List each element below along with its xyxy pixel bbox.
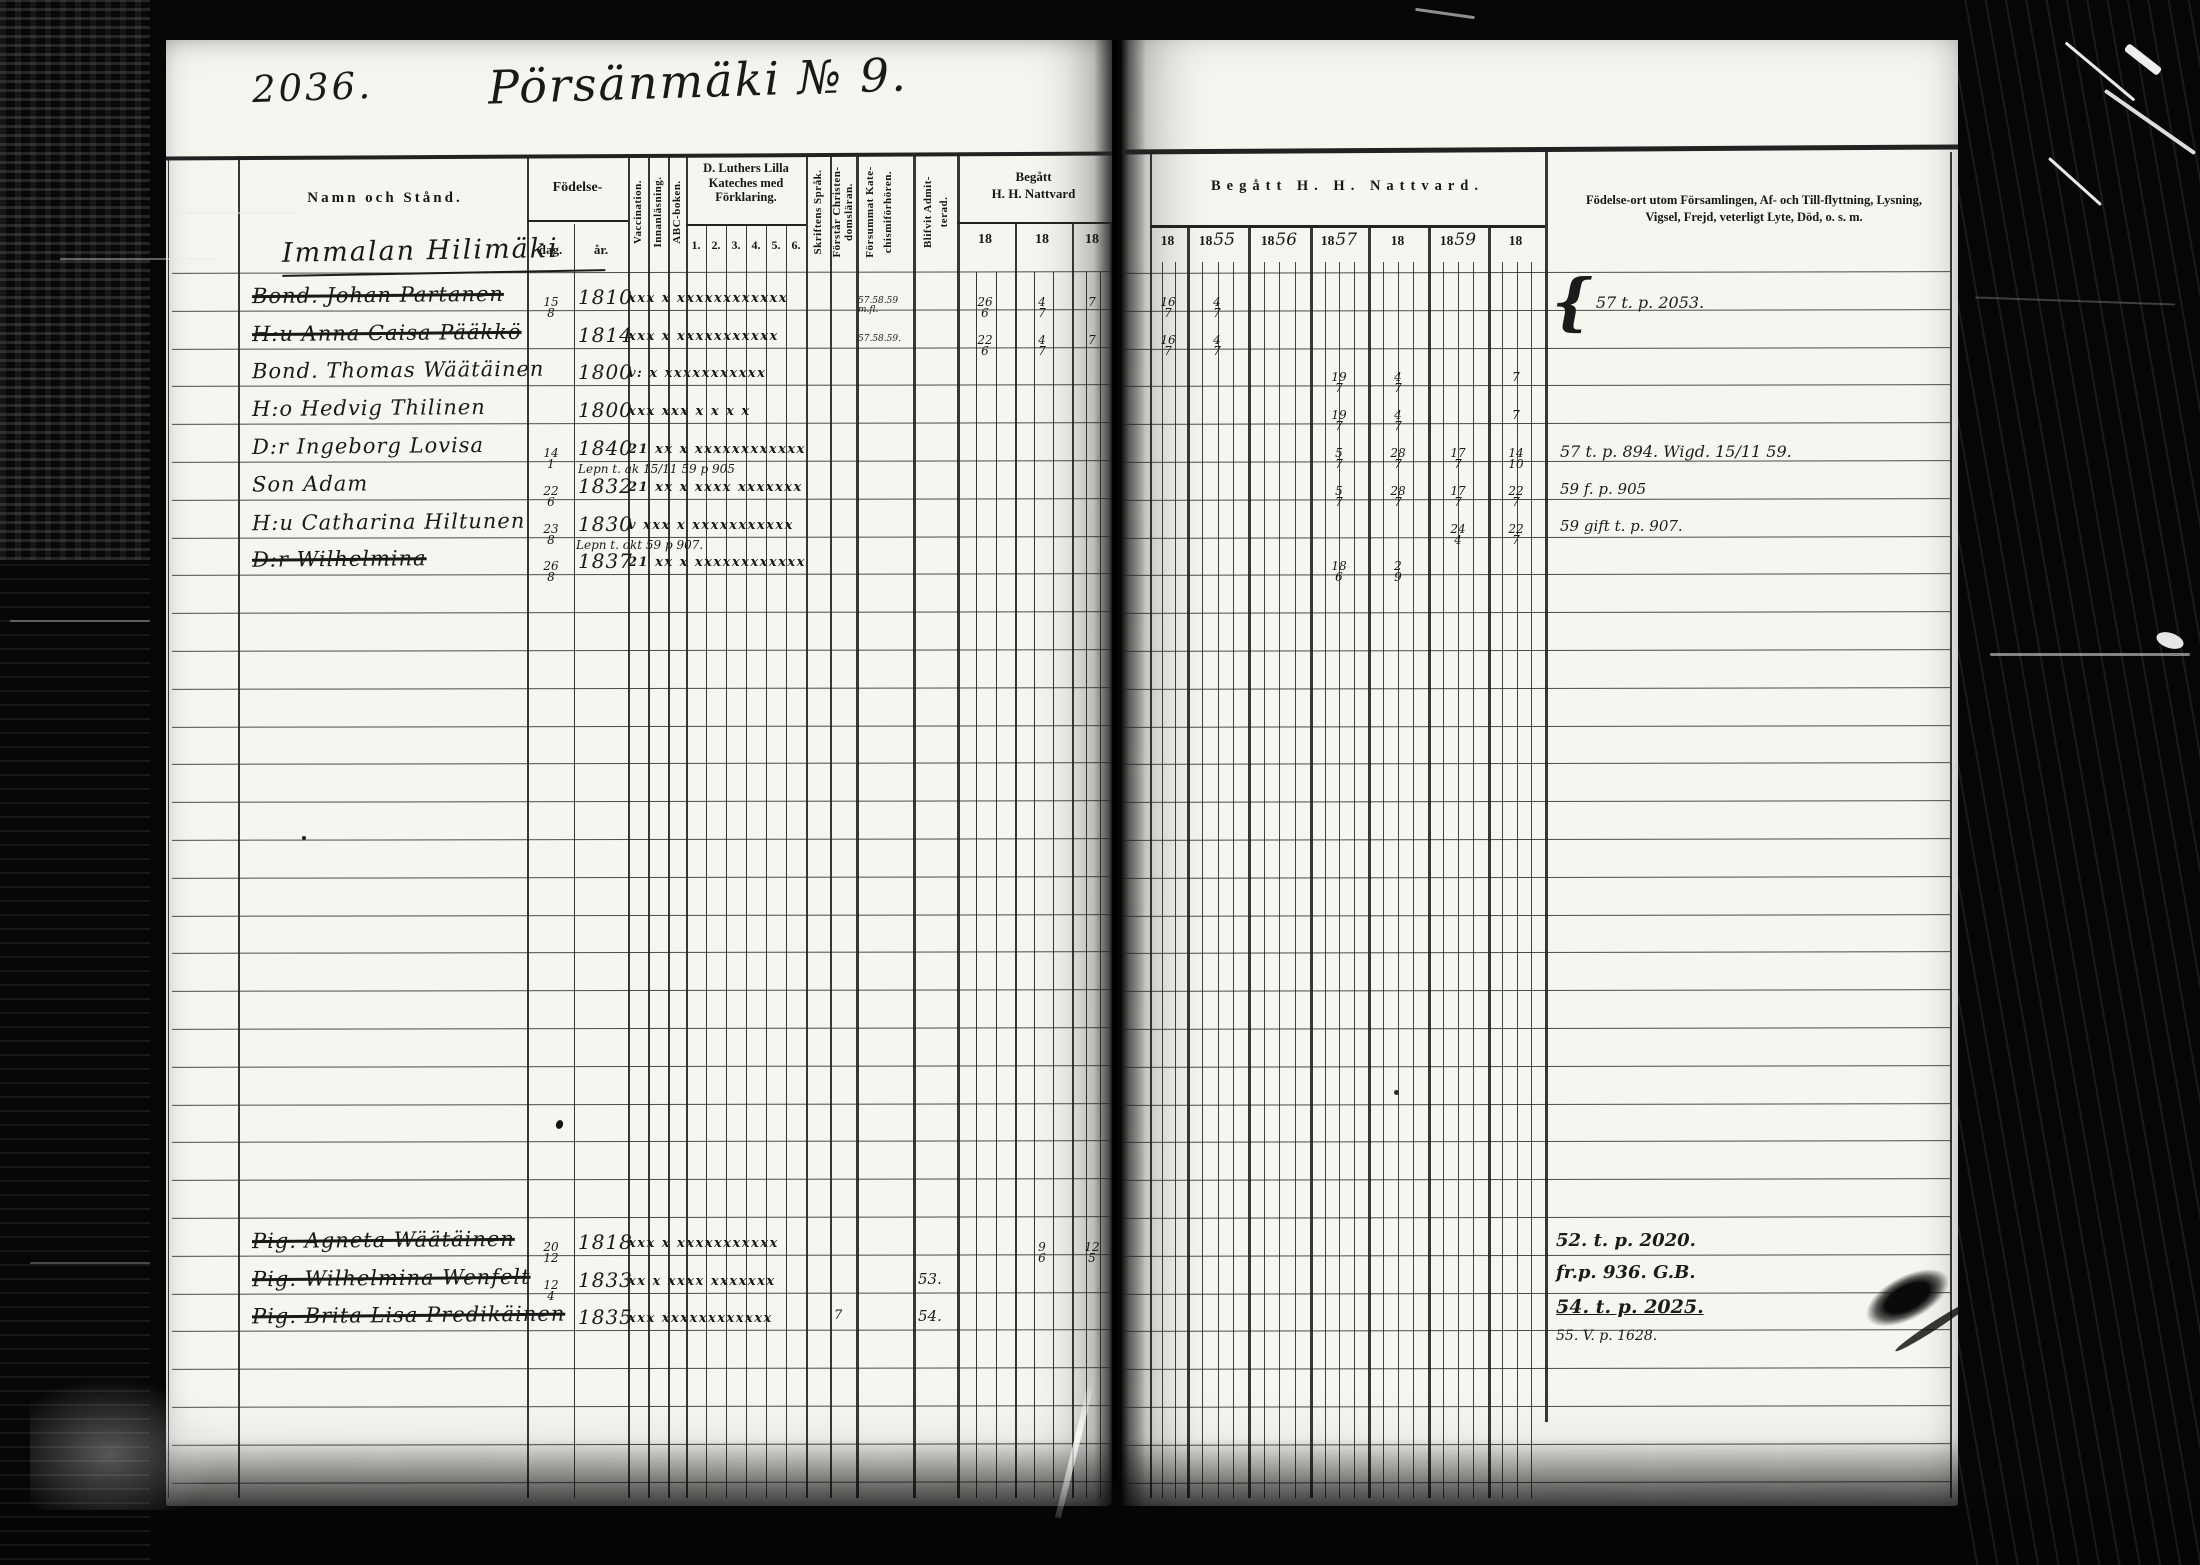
communion-date: 96 (1023, 1242, 1061, 1264)
grid-line-v (976, 272, 977, 1498)
annotation-brace: { (1552, 272, 1592, 332)
grid-line-v (1110, 222, 1112, 1498)
reading-marks: 21 xx x xxxx xxxxxxx (628, 480, 803, 495)
grid-line-v (1950, 152, 1952, 1498)
fraction-denominator: 6 (1335, 572, 1343, 583)
communion-year-cell: 1856 (1253, 230, 1305, 250)
communion-right-divider (1150, 225, 1545, 228)
missed-exams-note: 57.58.59. (858, 335, 910, 345)
fraction-denominator: 7 (1454, 497, 1462, 508)
entry-birth-day: 158 (532, 297, 570, 319)
communion-date: 227 (1497, 524, 1535, 546)
film-scratch (180, 212, 300, 214)
reading-marks: 21 xx x xxxxxxxxxxxx (628, 555, 806, 570)
communion-year-cell: 1859 (1432, 230, 1484, 250)
communion-date: 7 (1073, 297, 1111, 308)
communion-date: 47 (1379, 372, 1417, 394)
inline-annotation: Lepn t. ak 15/11 59 p 905 (578, 462, 735, 476)
grid-line-v (628, 156, 630, 1498)
communion-date: 177 (1439, 486, 1477, 508)
film-scratch (1990, 653, 2190, 656)
marginal-annotation: 57 t. p. 894. Wigd. 15/11 59. (1560, 442, 1792, 461)
catechism-col-label: 3. (726, 238, 746, 253)
fraction-denominator: 7 (1335, 497, 1343, 508)
entry-name: H:u Catharina Hiltunen (252, 508, 526, 534)
grid-line-v (168, 158, 169, 1498)
doctrine-note: 7 (834, 1308, 842, 1323)
communion-date: 197 (1320, 410, 1358, 432)
communion-year-written: 59 (1454, 230, 1476, 250)
fraction-denominator: 6 (981, 346, 989, 357)
reading-marks: xxx xxxxxxxxxxxx (628, 1311, 773, 1326)
grid-line-v (766, 226, 767, 1498)
communion-date: 197 (1320, 372, 1358, 394)
communion-year-printed: 18 (1391, 233, 1405, 248)
entry-name: D:r Ingeborg Lovisa (252, 433, 484, 459)
reading-marks: xx x xxxx xxxxxxx (628, 1274, 776, 1289)
communion-year-printed: 18 (1261, 233, 1275, 248)
missed-exams-header-l1: Försummat Kate- (864, 166, 876, 258)
notes-col-header-l2: Vigsel, Frejd, veterligt Lyte, Död, o. s… (1556, 209, 1952, 226)
grid-line-v (1279, 262, 1280, 1498)
fraction-denominator: 7 (1335, 421, 1343, 432)
communion-date: 47 (1023, 335, 1061, 357)
page-gutter (1094, 26, 1146, 1508)
missed-exams-note: 57.58.59 m.fl. (858, 297, 910, 316)
fraction-denominator: 8 (547, 308, 555, 319)
communion-year-printed: 18 (1199, 233, 1213, 248)
annotation-text: 57 t. p. 2053. (1596, 293, 1704, 312)
catechism-header: D. Luthers Lilla Kateches med Förklaring… (688, 161, 804, 205)
grid-line-v (1086, 272, 1087, 1498)
grid-line-v (856, 156, 859, 1498)
vaccination-header: Vaccination. (632, 180, 644, 244)
film-scratch (60, 258, 220, 260)
communion-date: 47 (1023, 297, 1061, 319)
catechism-col-label: 1. (686, 238, 706, 253)
grid-line-v (786, 226, 787, 1498)
scripture-lang-header: Skriftens Språk. (812, 169, 824, 254)
communion-year-printed: 18 (1161, 233, 1175, 248)
grid-line-v (1072, 222, 1074, 1498)
communion-date: 167 (1149, 335, 1187, 357)
entry-name: Pig. Brita Lisa Predikäinen (252, 1302, 565, 1329)
entry-birth-year: 1810 (578, 285, 633, 309)
birth-col-header: Födelse- (527, 180, 628, 196)
fraction-denominator: 7 (1038, 308, 1046, 319)
marginal-annotation: fr.p. 936. G.B. (1556, 1262, 1696, 1283)
communion-year-written: 55 (1213, 230, 1235, 250)
fraction-denominator: 6 (981, 308, 989, 319)
fraction-denominator: 4 (1454, 535, 1462, 546)
fraction-denominator: 7 (1213, 308, 1221, 319)
fraction-denominator: 8 (547, 572, 555, 583)
grid-line-v (957, 156, 960, 1498)
marginal-annotation: 59 f. p. 905 (1560, 480, 1646, 498)
grid-line-v (1053, 272, 1054, 1498)
communion-date: 227 (1497, 486, 1535, 508)
communion-date: 29 (1379, 561, 1417, 583)
entry-birth-day: 2012 (532, 1242, 570, 1264)
communion-year-cell: 1857 (1313, 230, 1365, 250)
understands-doctrine-header-l1: Förstår Christen- (831, 166, 843, 257)
communion-date: 287 (1379, 448, 1417, 470)
fraction-denominator: 9 (1394, 572, 1402, 583)
fraction-denominator: 7 (1394, 421, 1402, 432)
household-heading: Immalan Hilimäki (282, 232, 605, 277)
grid-line-v (1187, 228, 1190, 1498)
inline-annotation: Lepn t. okt 59 p 907. (576, 538, 703, 552)
entry-name: Pig. Wilhelmina Wenfelt (252, 1264, 531, 1290)
abc-book-header: ABC-boken. (671, 180, 683, 243)
grid-line-v (1295, 262, 1296, 1498)
grid-line-v (1428, 228, 1431, 1498)
grid-line-v (913, 156, 916, 1498)
reading-header: Innanläsning. (652, 176, 664, 247)
entry-birth-year: 1837 (578, 549, 633, 573)
entry-name: H:o Hedvig Thilinen (252, 395, 486, 421)
communion-date: 47 (1379, 410, 1417, 432)
entry-birth-year: 1800 (578, 398, 633, 422)
film-border-top (0, 0, 2200, 40)
notes-col-header-l1: Födelse-ort utom Församlingen, Af- och T… (1556, 192, 1952, 209)
entry-birth-year: 1818 (578, 1230, 633, 1254)
grid-line-v (996, 272, 997, 1498)
admitted-note: 53. (918, 1270, 942, 1288)
catechism-col-label: 4. (746, 238, 766, 253)
film-scratch (10, 620, 150, 622)
admitted-header-l2: terad. (938, 197, 950, 228)
entry-name: Bond. Thomas Wäätäinen (252, 357, 545, 384)
marginal-annotation: 55. V. p. 1628. (1556, 1328, 1657, 1344)
understands-doctrine-header-l2: domsläran. (843, 183, 855, 241)
fraction-denominator: 7 (1394, 459, 1402, 470)
grid-line-v (1248, 228, 1251, 1498)
entry-name: Bond. Johan Partanen (252, 282, 504, 308)
reading-marks: xxx x xxxxxxxxxxxx (628, 291, 788, 306)
communion-left-header-l2: H. H. Nattvard (957, 185, 1110, 202)
grid-line-v (1218, 262, 1219, 1498)
grid-line-v (686, 156, 688, 1498)
communion-right-header: Begått H. H. Nattvard. (1150, 178, 1545, 195)
entry-birth-year: 1830 (578, 512, 633, 536)
notes-col-header: Födelse-ort utom Församlingen, Af- och T… (1556, 192, 1952, 226)
grid-line-v (1488, 228, 1491, 1498)
fraction-denominator: 7 (1335, 459, 1343, 470)
entry-birth-year: 1832 (578, 474, 633, 498)
fraction-denominator: 8 (547, 535, 555, 546)
fraction-denominator: 7 (1164, 308, 1172, 319)
communion-date: 177 (1439, 448, 1477, 470)
fraction-denominator: 10 (1508, 459, 1523, 470)
reading-marks: xxx x xxxxxxxxxxx (628, 1236, 779, 1251)
grid-line-v (1015, 222, 1017, 1498)
communion-year-label: 18 (1072, 232, 1112, 248)
grid-line-v (1368, 228, 1371, 1498)
fraction-denominator: 7 (1394, 497, 1402, 508)
entry-birth-year: 1840 (578, 436, 633, 460)
entry-birth-year: 1833 (578, 1268, 633, 1292)
communion-year-printed: 18 (1509, 233, 1523, 248)
grid-line-v (1545, 152, 1548, 1422)
entry-birth-day: 124 (532, 1280, 570, 1302)
communion-date: 47 (1198, 335, 1236, 357)
reading-marks: xxx x xxxxxxxxxxx (628, 329, 779, 344)
communion-year-written: 56 (1275, 230, 1297, 250)
entry-birth-day: 238 (532, 524, 570, 546)
film-border-right (1958, 0, 2200, 1565)
fraction-denominator: 7 (1454, 459, 1462, 470)
fraction-denominator: 6 (1038, 1253, 1046, 1264)
communion-date: 57 (1320, 486, 1358, 508)
communion-year-written: 57 (1335, 230, 1357, 250)
catechism-col-label: 5. (766, 238, 786, 253)
marginal-annotation: 52. t. p. 2020. (1556, 1230, 1696, 1251)
communion-date: 244 (1439, 524, 1477, 546)
fraction-denominator: 7 (1394, 383, 1402, 394)
grid-line-v (238, 156, 240, 1498)
entry-birth-year: 1835 (578, 1305, 633, 1329)
grid-line-v (1100, 272, 1101, 1498)
fraction-denominator: 6 (547, 497, 555, 508)
entry-birth-day: 268 (532, 561, 570, 583)
communion-left-header-l1: Begått (957, 168, 1110, 185)
grid-line-v (648, 156, 650, 1498)
grid-line-v (574, 224, 575, 1498)
communion-year-printed: 18 (1440, 233, 1454, 248)
communion-date: 287 (1379, 486, 1417, 508)
marginal-annotation: 54. t. p. 2025. (1556, 1296, 1704, 1318)
birth-divider (527, 220, 628, 222)
grid-line-v (830, 156, 832, 1498)
page-number: 2036. (251, 64, 373, 111)
reading-marks: v xxx x xxxxxxxxxxx (628, 518, 794, 533)
communion-year-cell: 18 (1142, 230, 1194, 250)
grid-line-v (1310, 228, 1313, 1498)
grid-line-v (806, 156, 808, 1498)
fraction-denominator: 7 (1512, 497, 1520, 508)
admitted-header-l1: Blifvit Admit- (922, 176, 934, 248)
entry-name: Pig. Agneta Wäätäinen (252, 1227, 515, 1253)
film-border-left (0, 0, 166, 1565)
communion-date: 7 (1073, 335, 1111, 346)
communion-date: 266 (966, 297, 1004, 319)
name-col-header: Namn och Stånd. (250, 190, 520, 207)
reading-marks: v: x xxxxxxxxxxx (628, 366, 766, 381)
fraction-denominator: 7 (1213, 346, 1221, 357)
catechism-col-label: 6. (786, 238, 806, 253)
communion-date: 7 (1497, 372, 1535, 383)
reading-marks: xxx xxx x x x x (628, 404, 751, 419)
communion-date: 167 (1149, 297, 1187, 319)
marginal-annotation: 59 gift t. p. 907. (1560, 517, 1683, 535)
entry-birth-year: 1814 (578, 323, 633, 347)
fraction-denominator: 7 (1164, 346, 1172, 357)
communion-date: 1410 (1497, 448, 1535, 470)
reading-marks: 21 xx x xxxxxxxxxxxx (628, 442, 806, 457)
film-scratch (30, 1262, 150, 1264)
grid-line-v (1264, 262, 1265, 1498)
communion-year-label: 18 (965, 232, 1005, 248)
entry-name: D:r Wilhelmina (252, 547, 427, 573)
fraction-denominator: 7 (1512, 535, 1520, 546)
communion-year-cell: 18 (1372, 230, 1424, 250)
fraction-denominator: 12 (543, 1253, 558, 1264)
grid-line-v (1162, 262, 1163, 1498)
entry-name: H:u Anna Caisa Pääkkö (252, 319, 522, 345)
communion-year-label: 18 (1022, 232, 1062, 248)
communion-date: 57 (1320, 448, 1358, 470)
communion-left-divider (957, 222, 1110, 224)
entry-birth-day: 226 (532, 486, 570, 508)
fraction-denominator: 7 (1038, 346, 1046, 357)
entry-birth-day: 141 (532, 448, 570, 470)
marginal-annotation: { 57 t. p. 2053. (1552, 272, 1704, 332)
communion-date: 226 (966, 335, 1004, 357)
communion-left-header: Begått H. H. Nattvard (957, 168, 1110, 202)
communion-year-printed: 18 (1321, 233, 1335, 248)
fraction-denominator: 7 (1335, 383, 1343, 394)
communion-date: 186 (1320, 561, 1358, 583)
missed-exams-header-l2: chismiförhören. (882, 171, 894, 253)
entry-birth-year: 1800 (578, 360, 633, 384)
grid-line-v (668, 156, 670, 1498)
grid-line-v (1202, 262, 1203, 1498)
communion-year-cell: 18 (1490, 230, 1542, 250)
admitted-note: 54. (918, 1307, 942, 1325)
parish-register-scan: 2036. Pörsänmäki № 9. Namn och Stånd. Fö… (0, 0, 2200, 1565)
grid-line-v (1233, 262, 1234, 1498)
fraction-denominator: 5 (1088, 1253, 1096, 1264)
communion-date: 125 (1073, 1242, 1111, 1264)
communion-year-cell: 1855 (1191, 230, 1243, 250)
catechism-col-label: 2. (706, 238, 726, 253)
fraction-denominator: 4 (547, 1291, 555, 1302)
entry-name: Son Adam (252, 471, 368, 496)
grid-line-v (1034, 272, 1035, 1498)
communion-date: 7 (1497, 410, 1535, 421)
communion-date: 47 (1198, 297, 1236, 319)
grid-line-v (1175, 262, 1176, 1498)
fraction-denominator: 1 (547, 459, 555, 470)
